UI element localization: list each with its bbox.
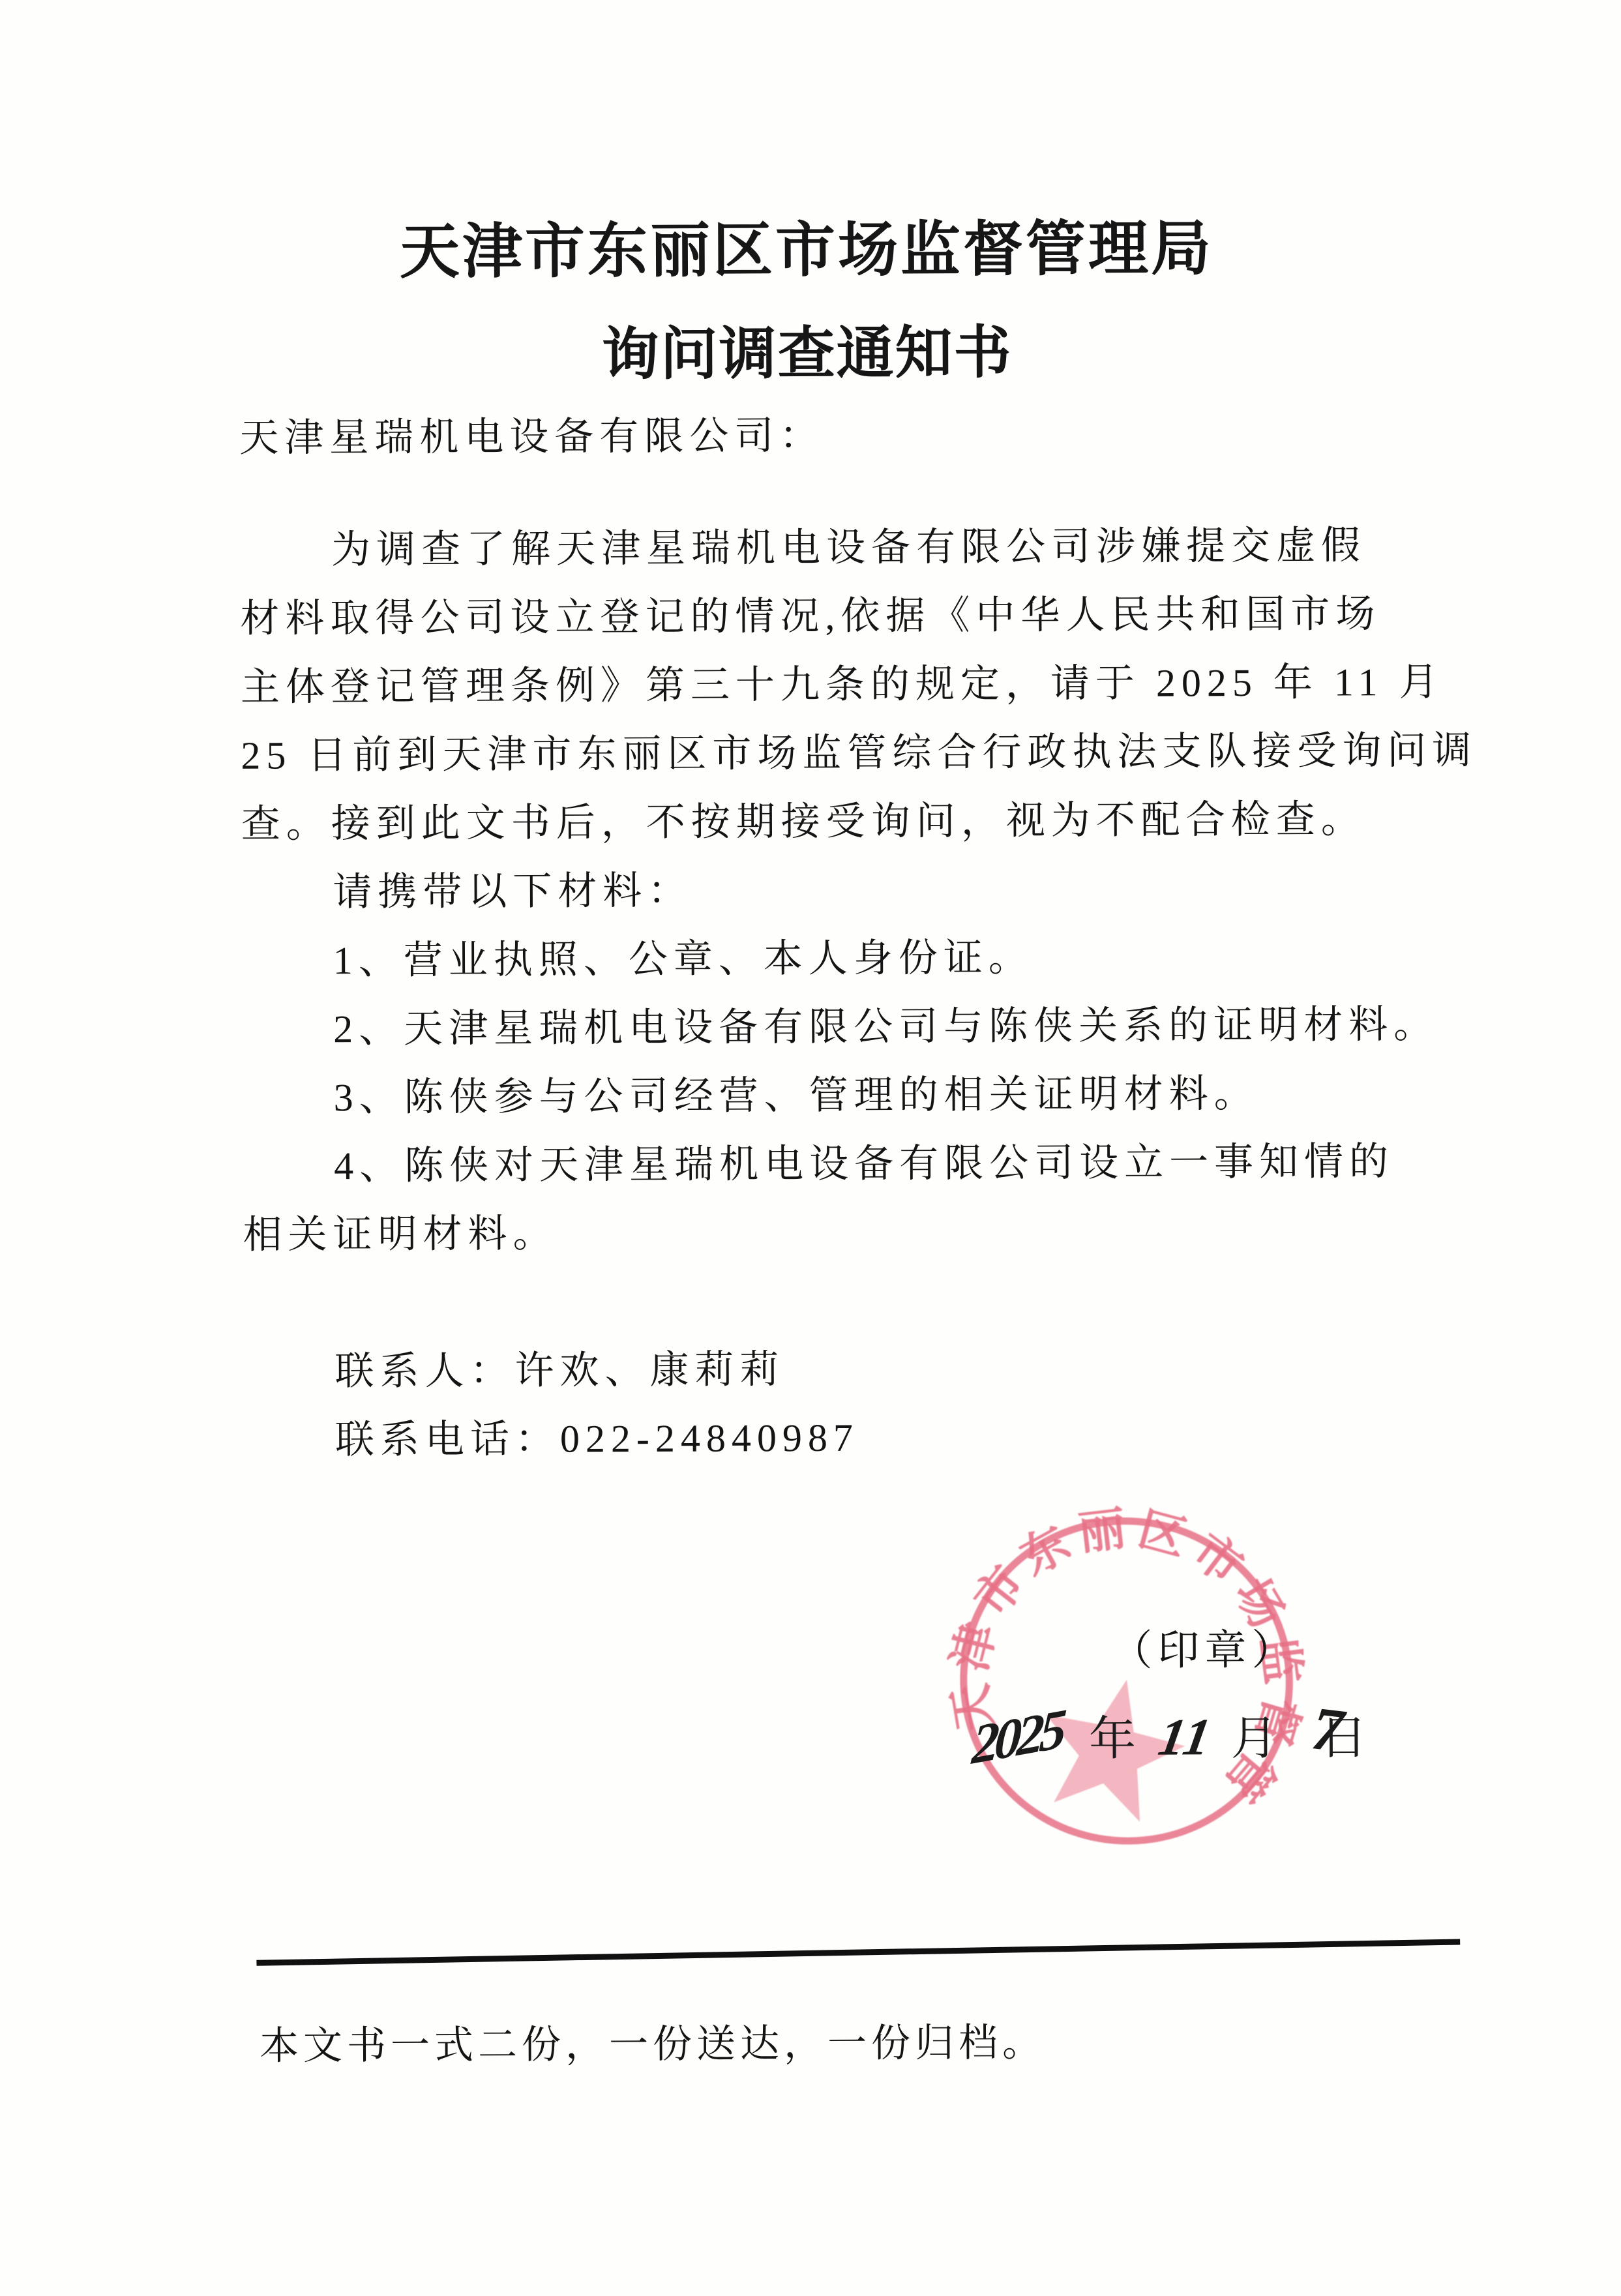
body-line-1: 为调查了解天津星瑞机电设备有限公司涉嫌提交虚假 (240, 511, 1407, 585)
body-line-5: 查。接到此文书后，不按期接受询问，视为不配合检查。 (241, 785, 1408, 859)
handwritten-date: 2025 年 11 月 7 日 (972, 1698, 1367, 1770)
material-item-2: 2、天津星瑞机电设备有限公司与陈侠关系的证明材料。 (242, 991, 1409, 1064)
scanned-sheet: 天津市东丽区市场监督管理局 询问调查通知书 天津星瑞机电设备有限公司： 为调查了… (0, 0, 1621, 2296)
agency-title: 天津市东丽区市场监督管理局 (0, 199, 1617, 292)
seal-graphic: 天津市东丽区市场监督管理局 (908, 1463, 1345, 1900)
document-page: 天津市东丽区市场监督管理局 询问调查通知书 天津星瑞机电设备有限公司： 为调查了… (0, 0, 1621, 2296)
date-month-unit: 月 (1230, 1700, 1277, 1768)
document-type-title: 询问调查通知书 (0, 305, 1618, 394)
footer-divider-line (256, 1939, 1460, 1966)
seal-placeholder-label: （印章） (1110, 1617, 1298, 1677)
date-year-unit: 年 (1089, 1701, 1136, 1768)
addressee-line: 天津星瑞机电设备有限公司： (239, 399, 1406, 473)
date-year: 2025 (970, 1697, 1064, 1778)
date-month: 11 (1154, 1708, 1216, 1767)
body-line-3: 主体登记管理条例》第三十九条的规定，请于 2025 年 11 月 (241, 648, 1408, 722)
body-line-2: 材料取得公司设立登记的情况,依据《中华人民共和国市场 (240, 580, 1407, 653)
material-item-4: 4、陈侠对天津星瑞机电设备有限公司设立一事知情的 (243, 1127, 1410, 1201)
contact-person-line: 联系人：许欢、康莉莉 (243, 1333, 1410, 1407)
footer-note: 本文书一式二份，一份送达，一份归档。 (260, 2011, 1046, 2070)
document-body: 天津星瑞机电设备有限公司： 为调查了解天津星瑞机电设备有限公司涉嫌提交虚假 材料… (239, 399, 1411, 1475)
material-item-1: 1、营业执照、公章、本人身份证。 (242, 922, 1409, 996)
contact-phone-line: 联系电话：022-24840987 (244, 1401, 1411, 1475)
official-seal: 天津市东丽区市场监督管理局 (908, 1463, 1345, 1900)
materials-intro-line: 请携带以下材料： (241, 854, 1408, 927)
material-item-3: 3、陈侠参与公司经营、管理的相关证明材料。 (242, 1059, 1409, 1133)
body-line-4: 25 日前到天津市东丽区市场监管综合行政执法支队接受询问调 (241, 717, 1408, 790)
material-item-4-continuation: 相关证明材料。 (243, 1196, 1410, 1270)
